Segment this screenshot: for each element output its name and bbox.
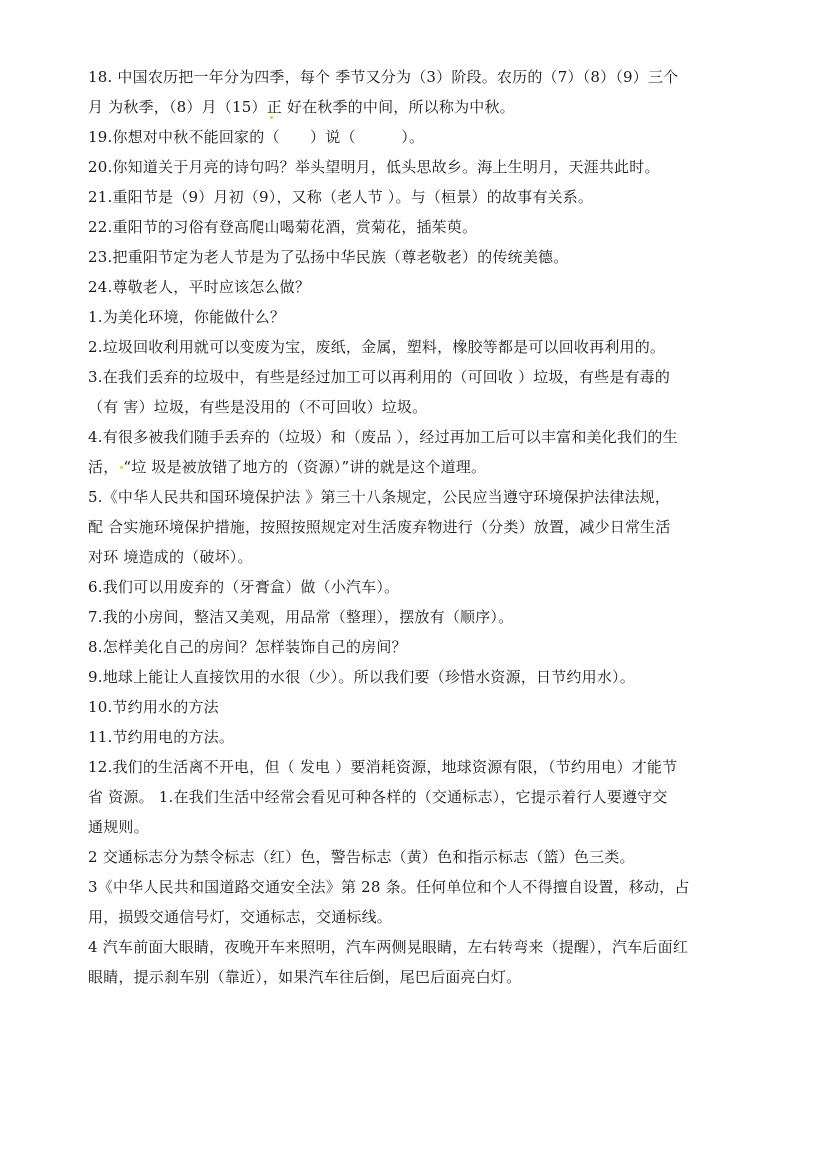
text-line: 23.把重阳节定为老人节是为了弘扬中华民族（尊老敬老）的传统美德。 [88,242,756,272]
text-line: 5.《中华人民共和国环境保护法 》第三十八条规定，公民应当遵守环境保护法律法规， [88,482,756,512]
document-page: 18. 中国农历把一年分为四季，每个 季节又分为（3）阶段。农历的（7）（8）（… [88,62,756,992]
text-line: 4 汽车前面大眼睛，夜晚开车来照明，汽车两侧晃眼睛，左右转弯来（提醒），汽车后面… [88,932,756,962]
text-line: 8.怎样美化自己的房间？怎样装饰自己的房间？ [88,632,756,662]
text-line: （有 害）垃圾，有些是没用的（不可回收）垃圾。 [88,392,756,422]
text-line: 省 资源。 1.在我们生活中经常会看见可种各样的（交通标志），它提示着行人要遵守… [88,782,756,812]
text-line: 22.重阳节的习俗有登高爬山喝菊花酒，赏菊花，插茱萸。 [88,212,756,242]
text-line: 2 交通标志分为禁令标志（红）色，警告标志（黄）色和指示标志（篮）色三类。 [88,842,756,872]
text-line: 20.你知道关于月亮的诗句吗？举头望明月，低头思故乡。海上生明月，天涯共此时。 [88,152,756,182]
text-line: 通规则。 [88,812,756,842]
text-line: 月 为秋季，（8）月（15）正 好在秋季的中间，所以称为中秋。 [88,92,756,122]
highlight-mark [270,116,273,119]
text-line: 2.垃圾回收利用就可以变废为宝，废纸，金属，塑料，橡胶等都是可以回收再利用的。 [88,332,756,362]
text-line: 6.我们可以用废弃的（牙膏盒）做（小汽车）。 [88,572,756,602]
text-line: 4.有很多被我们随手丢弃的（垃圾）和（废品 ），经过再加工后可以丰富和美化我们的… [88,422,756,452]
text-line: 配 合实施环境保护措施，按照按照规定对生活废弃物进行（分类）放置，减少日常生活 [88,512,756,542]
text-line: 19.你想对中秋不能回家的（ ）说（ ）。 [88,122,756,152]
text-line: 活， “垃 圾是被放错了地方的（资源）”讲的就是这个道理。 [88,452,756,482]
text-line: 18. 中国农历把一年分为四季，每个 季节又分为（3）阶段。农历的（7）（8）（… [88,62,756,92]
text-line: 3.在我们丢弃的垃圾中，有些是经过加工可以再利用的（可回收 ）垃圾，有些是有毒的 [88,362,756,392]
text-line: 1.为美化环境，你能做什么？ [88,302,756,332]
text-line: 眼睛，提示刹车别（靠近），如果汽车往后倒，尾巴后面亮白灯。 [88,962,756,992]
text-line: 对环 境造成的（破坏）。 [88,542,756,572]
text-line: 21.重阳节是（9）月初（9），又称（老人节 ）。与（桓景）的故事有关系。 [88,182,756,212]
text-line: 3《中华人民共和国道路交通安全法》第 28 条。任何单位和个人不得擅自设置，移动… [88,872,756,902]
text-line: 24.尊敬老人，平时应该怎么做？ [88,272,756,302]
text-line: 10.节约用水的方法 [88,692,756,722]
text-line: 9.地球上能让人直接饮用的水很（少）。所以我们要（珍惜水资源，日节约用水）。 [88,662,756,692]
text-line: 用，损毁交通信号灯，交通标志，交通标线。 [88,902,756,932]
text-line: 7.我的小房间，整洁又美观，用品常（整理），摆放有（顺序）。 [88,602,756,632]
text-line: 11.节约用电的方法。 [88,722,756,752]
highlight-mark [120,466,123,469]
text-line: 12.我们的生活离不开电，但（ 发电 ）要消耗资源，地球资源有限，（节约用电）才… [88,752,756,782]
